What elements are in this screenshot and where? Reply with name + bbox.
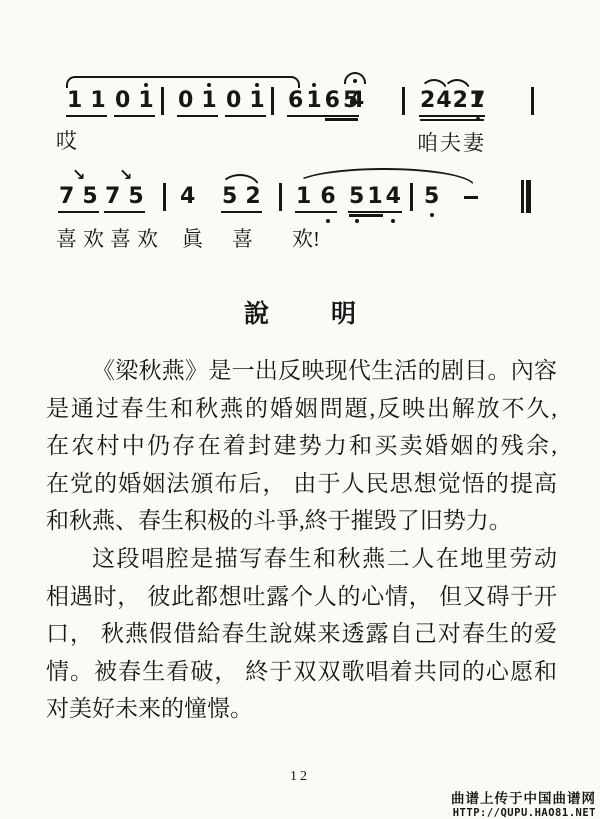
note-low-octave: 7 [470, 90, 485, 112]
note: 5 [222, 186, 237, 208]
note: 1 [67, 90, 82, 112]
note-low-octave: 4 [386, 186, 401, 208]
note-group: 7 5 [104, 186, 145, 213]
note: 5 [128, 186, 143, 208]
note: 5 [82, 186, 97, 208]
note: 4 [180, 186, 195, 208]
text-line: 在党的婚姻法頒布后， 由于人民思想觉悟的提高 [46, 465, 557, 503]
note: 2 [453, 90, 468, 112]
note: 7 [59, 186, 74, 208]
sixteenth-subgroup: 5 1 [349, 186, 383, 208]
note-high-octave: 1 [249, 90, 264, 112]
lyric-syllable: 欢 [137, 227, 158, 252]
watermark-url: http://qupu.hao81.net [451, 807, 596, 819]
section-title: 說 明 [0, 294, 600, 330]
barline [402, 87, 405, 115]
page-number: 12 [0, 769, 600, 785]
lyric-syllable: 夫 [440, 131, 461, 156]
final-barline-thick [526, 180, 531, 213]
watermark: 曲谱上传于中国曲谱网 http://qupu.hao81.net [451, 787, 596, 819]
note-low-octave: 5 [424, 186, 439, 208]
note: 0 [115, 90, 130, 112]
note: 2 [245, 186, 260, 208]
barline [279, 183, 282, 211]
note-group: 1 6 [295, 186, 337, 213]
text-line: 在农村中仍存在着封建势力和买卖婚姻的残余, [46, 427, 557, 465]
phrase-slur [66, 76, 300, 88]
note-group: 0 1 [225, 90, 266, 117]
note-group: 5 1 4 [348, 186, 402, 213]
glissando-down-icon: ↘ [119, 167, 132, 183]
final-barline-thin [521, 180, 524, 213]
text-line: 《梁秋燕》是一出反映现代生活的剧目。內容 [46, 352, 557, 390]
note: 6 [288, 90, 303, 112]
text-line: 情。被春生看破， 終于双双歌唱着共同的心愿和 [46, 653, 557, 691]
fermata-icon [344, 72, 366, 84]
text-line: 对美好未来的憧憬。 [46, 690, 557, 728]
held-note-dash [464, 196, 478, 199]
note-group: 0 1 [114, 90, 155, 117]
lyric-syllable: 欢! [292, 227, 320, 252]
lyric-syllable: 喜 [110, 227, 131, 252]
note: 1 [296, 186, 311, 208]
note-group: 7 5 [58, 186, 99, 213]
glissando-down-icon: ↘ [72, 167, 85, 183]
note: 6 [325, 90, 340, 112]
lyric-syllable: 哎 [56, 129, 77, 154]
section-title-char: 說 [244, 294, 269, 330]
note-group: 5 2 [221, 186, 262, 213]
lyric-syllable: 眞 [182, 227, 203, 252]
note-group: 0 1 [177, 90, 218, 117]
text-line: 这段唱腔是描写春生和秋燕二人在地里劳动 [46, 540, 557, 578]
text-line: 口， 秋燕假借給春生說媒来透露自己对春生的爱 [46, 615, 557, 653]
note: 0 [178, 90, 193, 112]
note: 1 [367, 186, 382, 208]
note-high-octave: 1 [201, 90, 216, 112]
note: 2 [420, 90, 435, 112]
note: 1 [90, 90, 105, 112]
text-line: 是通过春生和秋燕的婚姻問題,反映出解放不久, [46, 390, 557, 428]
note: 4 [436, 90, 451, 112]
barline [163, 183, 166, 211]
note-fermata: 4 [349, 90, 364, 112]
barline [531, 87, 534, 115]
lyric-syllable: 咱 [417, 131, 438, 156]
note-low-octave: 6 [320, 186, 335, 208]
barline [161, 87, 164, 115]
note-high-octave: 1 [306, 90, 321, 112]
note: 7 [105, 186, 120, 208]
watermark-site-name: 曲谱上传于中国曲谱网 [451, 787, 596, 807]
note-group: 1 1 [66, 90, 107, 117]
lyric-syllable: 妻 [463, 131, 484, 156]
explanation-text: 《梁秋燕》是一出反映现代生活的剧目。內容 是通过春生和秋燕的婚姻問題,反映出解放… [46, 352, 557, 728]
note-low-octave: 5 [349, 186, 364, 208]
text-line: 相遇时， 彼此都想吐露个人的心情， 但又碍于开 [46, 578, 557, 616]
text-line: 和秋燕、春生积极的斗爭,終于摧毁了旧势力。 [46, 502, 557, 540]
barline [410, 183, 413, 211]
barline [271, 87, 274, 115]
note-high-octave: 1 [138, 90, 153, 112]
sheet-music-page: 1 1 0 1 0 1 0 1 6 1 6 5 4 2 4 [0, 0, 600, 819]
lyric-syllable: 欢 [83, 227, 104, 252]
lyric-syllable: 喜 [56, 227, 77, 252]
note: 0 [226, 90, 241, 112]
section-title-char: 明 [331, 294, 356, 330]
lyric-syllable: 喜 [232, 227, 253, 252]
